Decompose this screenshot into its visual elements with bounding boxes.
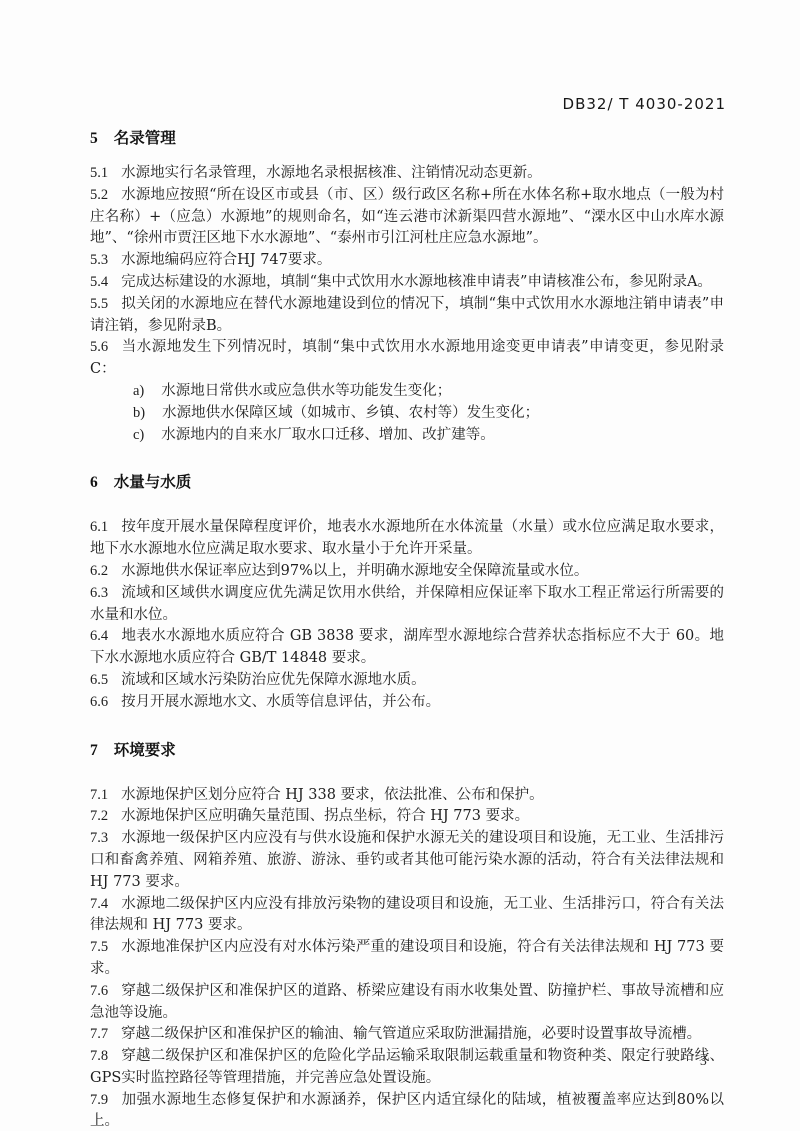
clause-7-8: 7.8穿越二级保护区和准保护区的危险化学品运输采取限制运载重量和物资种类、限定行… [90, 1046, 724, 1090]
clause-text: 拟关闭的水源地应在替代水源地建设到位的情况下，填制“集中式饮用水水源地注销申请表… [90, 296, 724, 334]
clause-text: 水源地编码应符合HJ 747要求。 [121, 252, 331, 268]
section-7-heading: 7环境要求 [90, 740, 724, 761]
clause-7-6: 7.6穿越二级保护区和准保护区的道路、桥梁应建设有雨水收集处置、防撞护栏、事故导… [90, 981, 724, 1025]
clause-number: 7.8 [90, 1048, 108, 1064]
clause-text: 水源地二级保护区内应没有排放污染物的建设项目和设施，无工业、生活排污口，符合有关… [90, 896, 724, 934]
section-6-heading: 6水量与水质 [90, 472, 724, 493]
subclause-5-6-c: c)水源地内的自来水厂取水口迁移、增加、改扩建等。 [90, 425, 724, 447]
clause-7-2: 7.2水源地保护区应明确矢量范围、拐点坐标，符合 HJ 773 要求。 [90, 806, 724, 828]
clause-text: 水源地一级保护区内应没有与供水设施和保护水源无关的建设项目和设施，无工业、生活排… [90, 830, 724, 890]
clause-7-9: 7.9加强水源地生态修复保护和水源涵养，保护区内适宜绿化的陆域，植被覆盖率应达到… [90, 1090, 724, 1131]
clause-text: 按月开展水源地水文、水质等信息评估，并公布。 [121, 694, 440, 710]
clause-7-7: 7.7穿越二级保护区和准保护区的输油、输气管道应采取防泄漏措施，必要时设置事故导… [90, 1024, 724, 1046]
clause-number: 6.2 [90, 563, 108, 579]
clause-number: 7.4 [90, 896, 108, 912]
clause-5-3: 5.3水源地编码应符合HJ 747要求。 [90, 250, 724, 272]
clause-number: 5.6 [90, 339, 108, 355]
clause-6-4: 6.4地表水水源地水质应符合 GB 3838 要求，湖库型水源地综合营养状态指标… [90, 626, 724, 670]
clause-text: 当水源地发生下列情况时，填制“集中式饮用水水源地用途变更申请表”申请变更，参见附… [90, 339, 724, 377]
clause-text: 穿越二级保护区和准保护区的道路、桥梁应建设有雨水收集处置、防撞护栏、事故导流槽和… [90, 983, 724, 1021]
clause-5-4: 5.4完成达标建设的水源地，填制“集中式饮用水水源地核准申请表”申请核准公布，参… [90, 272, 724, 294]
clause-6-5: 6.5流域和区域水污染防治应优先保障水源地水质。 [90, 670, 724, 692]
clause-text: 流域和区域水污染防治应优先保障水源地水质。 [121, 672, 426, 688]
section-6-title: 水量与水质 [114, 473, 192, 491]
clause-number: 7.3 [90, 830, 108, 846]
section-5-title: 名录管理 [114, 129, 176, 147]
page-number: 3 [700, 1053, 707, 1069]
clause-text: 水源地准保护区内应没有对水体污染严重的建设项目和设施，符合有关法律法规和 HJ … [90, 939, 724, 977]
subclause-label: a) [133, 383, 144, 399]
subclause-text: 水源地日常供水或应急供水等功能发生变化； [161, 383, 451, 399]
subclause-label: c) [133, 427, 144, 443]
clause-6-3: 6.3流域和区域供水调度应优先满足饮用水供给，并保障相应保证率下取水工程正常运行… [90, 583, 724, 627]
clause-number: 6.6 [90, 694, 108, 710]
clause-5-6: 5.6当水源地发生下列情况时，填制“集中式饮用水水源地用途变更申请表”申请变更，… [90, 337, 724, 381]
clause-text: 完成达标建设的水源地，填制“集中式饮用水水源地核准申请表”申请核准公布，参见附录… [121, 274, 712, 290]
subclause-5-6-b: b)水源地供水保障区域（如城市、乡镇、农村等）发生变化； [90, 403, 724, 425]
section-water-quantity-quality: 6水量与水质 6.1按年度开展水量保障程度评价，地表水水源地所在水体流量（水量）… [90, 472, 724, 713]
clause-text: 加强水源地生态修复保护和水源涵养，保护区内适宜绿化的陆域，植被覆盖率应达到80%… [90, 1092, 724, 1130]
section-7-title: 环境要求 [114, 741, 176, 759]
document-page: DB32/ T 4030-2021 5名录管理 5.1水源地实行名录管理，水源地… [0, 0, 800, 1131]
section-5-heading: 5名录管理 [90, 128, 724, 149]
clause-number: 5.4 [90, 274, 108, 290]
section-5-number: 5 [90, 130, 98, 147]
clause-number: 7.9 [90, 1092, 108, 1108]
clause-5-1: 5.1水源地实行名录管理，水源地名录根据核准、注销情况动态更新。 [90, 163, 724, 185]
clause-6-2: 6.2水源地供水保证率应达到97%以上，并明确水源地安全保障流量或水位。 [90, 561, 724, 583]
clause-number: 5.3 [90, 252, 108, 268]
clause-5-2: 5.2水源地应按照“所在设区市或县（市、区）级行政区名称+所在水体名称+取水地点… [90, 185, 724, 250]
clause-text: 穿越二级保护区和准保护区的危险化学品运输采取限制运载重量和物资种类、限定行驶路线… [90, 1048, 724, 1086]
subclause-5-6-a: a)水源地日常供水或应急供水等功能发生变化； [90, 381, 724, 403]
clause-number: 5.5 [90, 296, 108, 312]
section-directory-management: 5名录管理 5.1水源地实行名录管理，水源地名录根据核准、注销情况动态更新。 5… [90, 128, 724, 446]
clause-number: 6.1 [90, 519, 108, 535]
clause-number: 6.5 [90, 672, 108, 688]
section-6-number: 6 [90, 474, 98, 491]
clause-text: 水源地供水保证率应达到97%以上，并明确水源地安全保障流量或水位。 [121, 563, 588, 579]
clause-number: 7.5 [90, 939, 108, 955]
clause-5-5: 5.5拟关闭的水源地应在替代水源地建设到位的情况下，填制“集中式饮用水水源地注销… [90, 294, 724, 338]
clause-text: 流域和区域供水调度应优先满足饮用水供给，并保障相应保证率下取水工程正常运行所需要… [90, 585, 724, 623]
clause-6-1: 6.1按年度开展水量保障程度评价，地表水水源地所在水体流量（水量）或水位应满足取… [90, 517, 724, 561]
clause-text: 穿越二级保护区和准保护区的输油、输气管道应采取防泄漏措施，必要时设置事故导流槽。 [121, 1026, 701, 1042]
clause-number: 6.3 [90, 585, 108, 601]
clause-text: 水源地实行名录管理，水源地名录根据核准、注销情况动态更新。 [121, 165, 542, 181]
clause-6-6: 6.6按月开展水源地水文、水质等信息评估，并公布。 [90, 692, 724, 714]
subclause-text: 水源地内的自来水厂取水口迁移、增加、改扩建等。 [161, 427, 495, 443]
clause-text: 按年度开展水量保障程度评价，地表水水源地所在水体流量（水量）或水位应满足取水要求… [90, 519, 724, 557]
section-environmental-requirements: 7环境要求 7.1水源地保护区划分应符合 HJ 338 要求，依法批准、公布和保… [90, 740, 724, 1131]
clause-7-4: 7.4水源地二级保护区内应没有排放污染物的建设项目和设施，无工业、生活排污口，符… [90, 894, 724, 938]
clause-text: 水源地保护区应明确矢量范围、拐点坐标，符合 HJ 773 要求。 [121, 808, 529, 824]
clause-number: 5.2 [90, 187, 108, 203]
clause-number: 7.7 [90, 1026, 108, 1042]
clause-number: 5.1 [90, 165, 108, 181]
document-content: 5名录管理 5.1水源地实行名录管理，水源地名录根据核准、注销情况动态更新。 5… [90, 128, 724, 1131]
clause-number: 7.1 [90, 787, 108, 803]
clause-text: 水源地应按照“所在设区市或县（市、区）级行政区名称+所在水体名称+取水地点（一般… [90, 187, 724, 247]
subclause-label: b) [133, 405, 145, 421]
clause-text: 地表水水源地水质应符合 GB 3838 要求，湖库型水源地综合营养状态指标应不大… [90, 628, 724, 666]
standard-code: DB32/ T 4030-2021 [563, 95, 726, 113]
clause-7-1: 7.1水源地保护区划分应符合 HJ 338 要求，依法批准、公布和保护。 [90, 785, 724, 807]
section-7-number: 7 [90, 742, 98, 759]
clause-7-3: 7.3水源地一级保护区内应没有与供水设施和保护水源无关的建设项目和设施，无工业、… [90, 828, 724, 893]
clause-number: 7.2 [90, 808, 108, 824]
clause-text: 水源地保护区划分应符合 HJ 338 要求，依法批准、公布和保护。 [121, 787, 543, 803]
subclause-text: 水源地供水保障区域（如城市、乡镇、农村等）发生变化； [162, 405, 539, 421]
clause-number: 7.6 [90, 983, 108, 999]
clause-number: 6.4 [90, 628, 108, 644]
clause-7-5: 7.5水源地准保护区内应没有对水体污染严重的建设项目和设施，符合有关法律法规和 … [90, 937, 724, 981]
